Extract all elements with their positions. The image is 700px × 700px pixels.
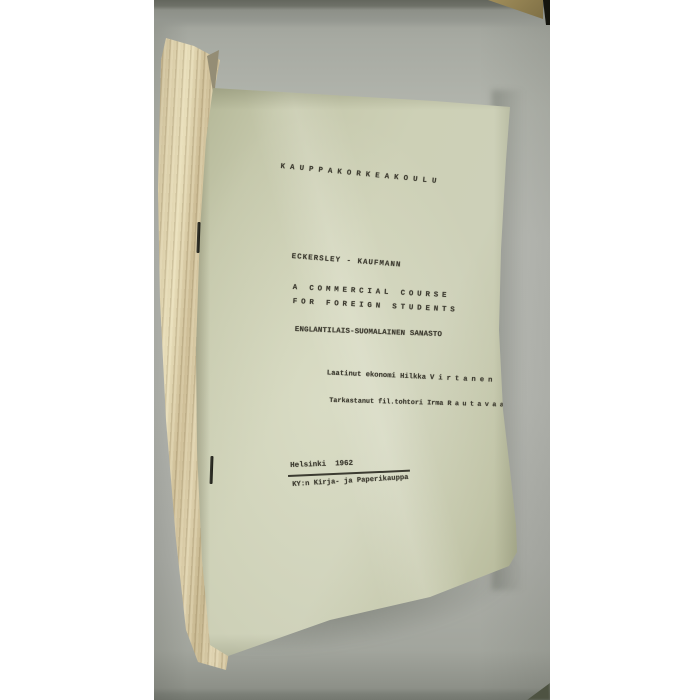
compiled-by-prefix: Laatinut ekonomi Hilkka — [327, 369, 426, 381]
cover-authors-text: ECKERSLEY - KAUFMANN — [291, 252, 401, 271]
cover-institution-text: KAUPPAKORKEAKOULU — [280, 162, 442, 187]
background-top-band — [154, 0, 550, 28]
reviewed-by-prefix: Tarkastanut fil.tohtori Irma — [329, 397, 443, 408]
product-photo: KAUPPAKORKEAKOULU ECKERSLEY - KAUFMANN A… — [0, 0, 700, 700]
white-margin-right — [550, 0, 700, 700]
booklet-cover: KAUPPAKORKEAKOULU ECKERSLEY - KAUFMANN A… — [194, 84, 520, 664]
compiled-by-surname: Virtanen — [430, 374, 497, 385]
white-margin-left — [0, 0, 154, 700]
cover-city-year-text: Helsinki 1962 — [290, 459, 353, 471]
photo-area: KAUPPAKORKEAKOULU ECKERSLEY - KAUFMANN A… — [154, 0, 550, 700]
cover-reviewed-by-line: Tarkastanut fil.tohtori IrmaRautavaara — [296, 385, 522, 421]
cover-subtitle-text: ENGLANTILAIS-SUOMALAINEN SANASTO — [295, 325, 442, 340]
